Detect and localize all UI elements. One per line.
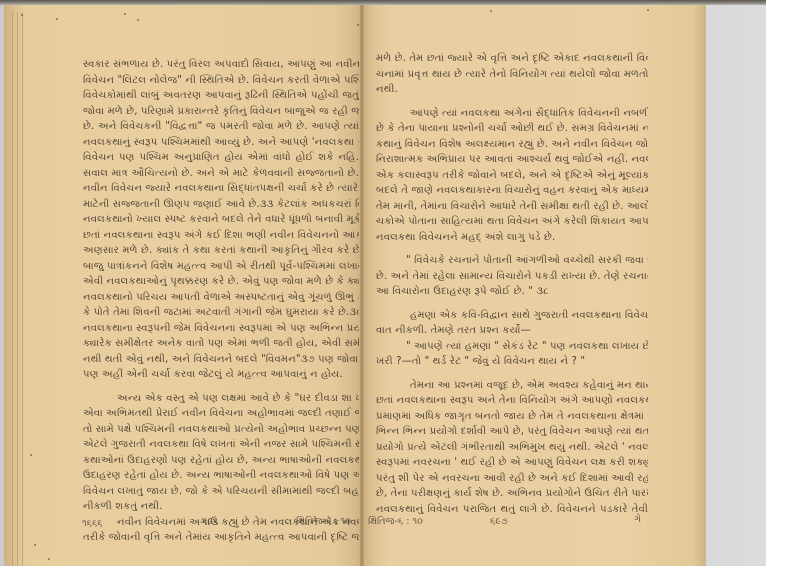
page-edge-line: [12, 12, 13, 566]
text-line: તેમ માની, તેમાંના વિચારોને આધારે તેની સમ…: [376, 199, 648, 215]
page-footer-left-number: ૧૬૬૬: [82, 518, 103, 529]
text-line: ક્યારેક સમીક્ષેતર અનેક વાતો પણ એમાં ભળી …: [83, 336, 359, 352]
scan-top-edge: [0, 0, 766, 5]
text-line: કથાઓનાં ઉદાહરણો પણ રહેતાં હોય છે, અન્ય ભ…: [83, 453, 359, 469]
paper-speck: [357, 24, 359, 26]
text-line: નથી.: [376, 82, 648, 98]
text-line: ભિન્ન ભિન્ન પ્રયોગો દર્શાવી આપે છે, પરંત…: [376, 424, 648, 440]
text-line: તરીકે જોવાની વૃત્તિ અને તેમાંય આકૃતિને મ…: [83, 530, 359, 546]
running-footer: ક્ષિતિજ-૬ : ૧૦: [296, 516, 351, 527]
text-line: નીકળી શકતું નથી.: [83, 499, 359, 515]
text-line: બદલે તે જાણે નવલકથાકારના વિચારોનું વહન ક…: [376, 183, 648, 199]
paper-speck: [48, 558, 50, 560]
text-line: નવીન વિવેચન જ્યારે નવલકથાના સિદ્ધાંતપક્ષ…: [83, 181, 359, 197]
quote-line: છે. અને તેમાં રહેલા સામાન્ય વિચારોને પકડ…: [376, 269, 648, 285]
text-line: સ્વરૂપમાં નવરચના ' થઈ રહી છે એ આપણું વિવ…: [376, 455, 648, 471]
text-line: પ્રમાણમાં અધિક જાગૃત બનતો જાય છે તેમ તે …: [376, 409, 648, 425]
text-line: અન્ય એક વસ્તુ એ પણ લક્ષમાં આવે છે કે "ઘર…: [83, 391, 359, 407]
text-line: ચનામાં પ્રવૃત્ત થાય છે ત્યારે તેનો વિનિય…: [376, 67, 648, 83]
text-line: કથાનું વિવેચન વિશેષ અલક્ષ્યમાન રહ્યું છે…: [376, 137, 648, 153]
text-line: છે કે તેના પાયાના પ્રશ્નોની ચર્ચા ઓછી થઈ…: [376, 121, 648, 137]
text-line: છતાં નવલકથાના સ્વરૂપ અને તેના વિનિયોગ અં…: [376, 393, 648, 409]
quote-line: આ વિચારોના ઉદાહરણ રૂપે જોઈ છે. " ૩૮: [376, 284, 648, 300]
text-line: છે. અને વિવેચકની "વિદ્વત્તા" જ પમરતી જોવ…: [83, 119, 359, 135]
text-line: વાત નીકળી. તેમણે તરત પ્રશ્ન કર્યો—: [376, 323, 648, 339]
text-line: નવલકથાનું સ્વરૂપ પશ્ચિમમાંથી આવ્યું છે. …: [83, 135, 359, 151]
book-spread: સ્વકાર સંભળાય છે. પરંતુ વિરલ અપવાદો સિવા…: [4, 4, 706, 566]
text-line: બાજુ પાત્રાંકનને વિશેષ મહત્ત્વ આપી એ રીત…: [83, 259, 359, 275]
paper-speck: [647, 9, 649, 11]
paper-speck: [490, 10, 492, 12]
text-line: નિરાશાત્મક અભિપ્રાય પર આવતાં આશ્ચર્ય થવુ…: [376, 152, 648, 168]
text-line: વિવેચકોમાંથી લાંબું અવતરણ આપવાનું રૂઢિની…: [83, 88, 359, 104]
text-line: ચકોએ પોતાના સાહિત્યમાં થતા વિવેચન અંગે ક…: [376, 214, 648, 230]
text-line: મળે છે. તેમ છતાં જ્યારે એ વૃત્તિ અને દૃષ…: [376, 51, 648, 67]
quote-line: " વિવેચકે રચનાને પોતાની આંગળીઓ વચ્ચેથી સ…: [376, 253, 648, 269]
left-page-body: સ્વકાર સંભળાય છે. પરંતુ વિરલ અપવાદો સિવા…: [83, 57, 359, 546]
text-line: છે, તેના પરીક્ષણનું કાર્ય શેષ છે. અભિનવ …: [376, 486, 648, 502]
text-line: હમણાં એક કવિ-વિદ્વાન સાથે ગુજરાતી નવલકથા…: [376, 308, 648, 324]
left-page: સ્વકાર સંભળાય છે. પરંતુ વિરલ અપવાદો સિવા…: [4, 4, 362, 566]
text-line: સ્વકાર સંભળાય છે. પરંતુ વિરલ અપવાદો સિવા…: [83, 57, 359, 73]
catchword: ગે: [634, 514, 641, 525]
paper-speck: [21, 14, 23, 16]
text-line: નવલકથાનો ખ્યાલ સ્પષ્ટ કરવાને બદલે તેને વ…: [83, 212, 359, 228]
text-line: માટેની સજ્જતાની ઊણપ જણાઈ આવે છે.૩૩ કેટલા…: [83, 197, 359, 213]
paper-speck: [34, 544, 36, 546]
right-page-body: મળે છે. તેમ છતાં જ્યારે એ વૃત્તિ અને દૃષ…: [376, 51, 648, 517]
text-line: પણ અહીં એની ચર્ચા કરવા જેટલું યે મહત્ત્વ…: [83, 367, 359, 383]
text-line: તેમના આ પ્રશ્નમાં વજૂદ છે, એમ અવશ્ય કહેવ…: [376, 378, 648, 394]
text-line: આપણે ત્યાં નવલકથા અંગેનાં સૈદ્ધાંતિક વિવ…: [376, 106, 648, 122]
text-line: એવી નવલકથાઓનું પૃથક્કરણ કરે છે. એવું પણ …: [83, 274, 359, 290]
text-line: એવા અભિમતથી પ્રેરાઈ નવીન વિવેચના અહોભાવમ…: [83, 406, 359, 422]
text-line: વિવેચન પણ પશ્ચિમ અનુપ્રાણિત હોય એમાં વાં…: [83, 150, 359, 166]
paper-speck: [124, 13, 126, 15]
text-line: વિવેચન લખાતું જાય છે. જો કે એ પરિચયની સી…: [83, 484, 359, 500]
text-line: જોવા મળે છે, પરિણામે પ્રકારાન્તરે કૃતિનુ…: [83, 104, 359, 120]
paper-speck: [56, 18, 58, 20]
text-line: છતાં નવલકથાના સ્વરૂપ અંગે કઈ દિશા ભણી નવ…: [83, 228, 359, 244]
running-footer: ક્ષિતિજ-૬ : ૧૦: [368, 516, 423, 527]
page-edge-line: [17, 12, 18, 566]
page-edge-line: [22, 12, 23, 566]
quote-line: " આપણે ત્યાં હમણાં " સેકંડ રેટ " પણ નવલક…: [376, 339, 648, 355]
paper-speck: [30, 454, 32, 456]
text-line: અણસાર મળે છે. ક્યાંક તે કથા કરતાં કથાની …: [83, 243, 359, 259]
text-line: પ્રયોગો પ્રત્યે એટલી ગંભીરતાથી અભિમુખ થય…: [376, 440, 648, 456]
text-line: નવલકથા વિવેચનને મહદ્ અંશે લાગુ પડે છે.: [376, 230, 648, 246]
paper-speck: [137, 19, 139, 21]
text-line: નથી થતી એવું નથી, અને વિવેચનને બદલે "વિવ…: [83, 352, 359, 368]
text-line: નવલકથાનો પરિચય આપતી વેળાએ અસ્પષ્ટતાનું એ…: [83, 290, 359, 306]
quote-line: ખરી ?—તો " થર્ડ રેટ " જેવું યે વિવેચન થા…: [376, 354, 648, 370]
text-line: ઉદાહરણ રહેતાં હોય છે. અન્ય ભાષાઓની નવલકથ…: [83, 468, 359, 484]
text-line: તો સામે પક્ષે પશ્ચિમની નવલકથાઓ પ્રત્યેનો…: [83, 422, 359, 438]
text-line: એક કલાસ્વરૂપ તરીકે જોવાને બદલે, અને એ દૃ…: [376, 168, 648, 184]
page-number: ૬૯૬: [202, 516, 218, 527]
text-line: વિવેચન "લિટલ નોલેજ" ની સ્થિતિએ છે. વિવેચ…: [83, 73, 359, 89]
text-line: નવલકથાના સ્વરૂપની જેમ વિવેચનના સ્વરૂપમાં…: [83, 321, 359, 337]
text-line: નવલકથાનું વિવેચન પરાજિત થતું લાગે છે. વિ…: [376, 502, 648, 518]
text-line: એટલે ગુજરાતી નવલકથા વિષે લખતાં એની નજર સ…: [83, 437, 359, 453]
text-line: સવાલ માત્ર ઔચિત્યનો છે. અને એ માટે કેળવવ…: [83, 166, 359, 182]
text-line: કે પોતે તેમાં શિવની જટામાં અટવાતી ગંગાની…: [83, 305, 359, 321]
book-gutter: [360, 4, 364, 566]
right-page: મળે છે. તેમ છતાં જ્યારે એ વૃત્તિ અને દૃષ…: [362, 4, 706, 566]
text-line: પરંતુ શી પેર એ નવરચના આવી રહી છે અને કઈ …: [376, 471, 648, 487]
page-number: ૬૯૭: [490, 516, 508, 527]
